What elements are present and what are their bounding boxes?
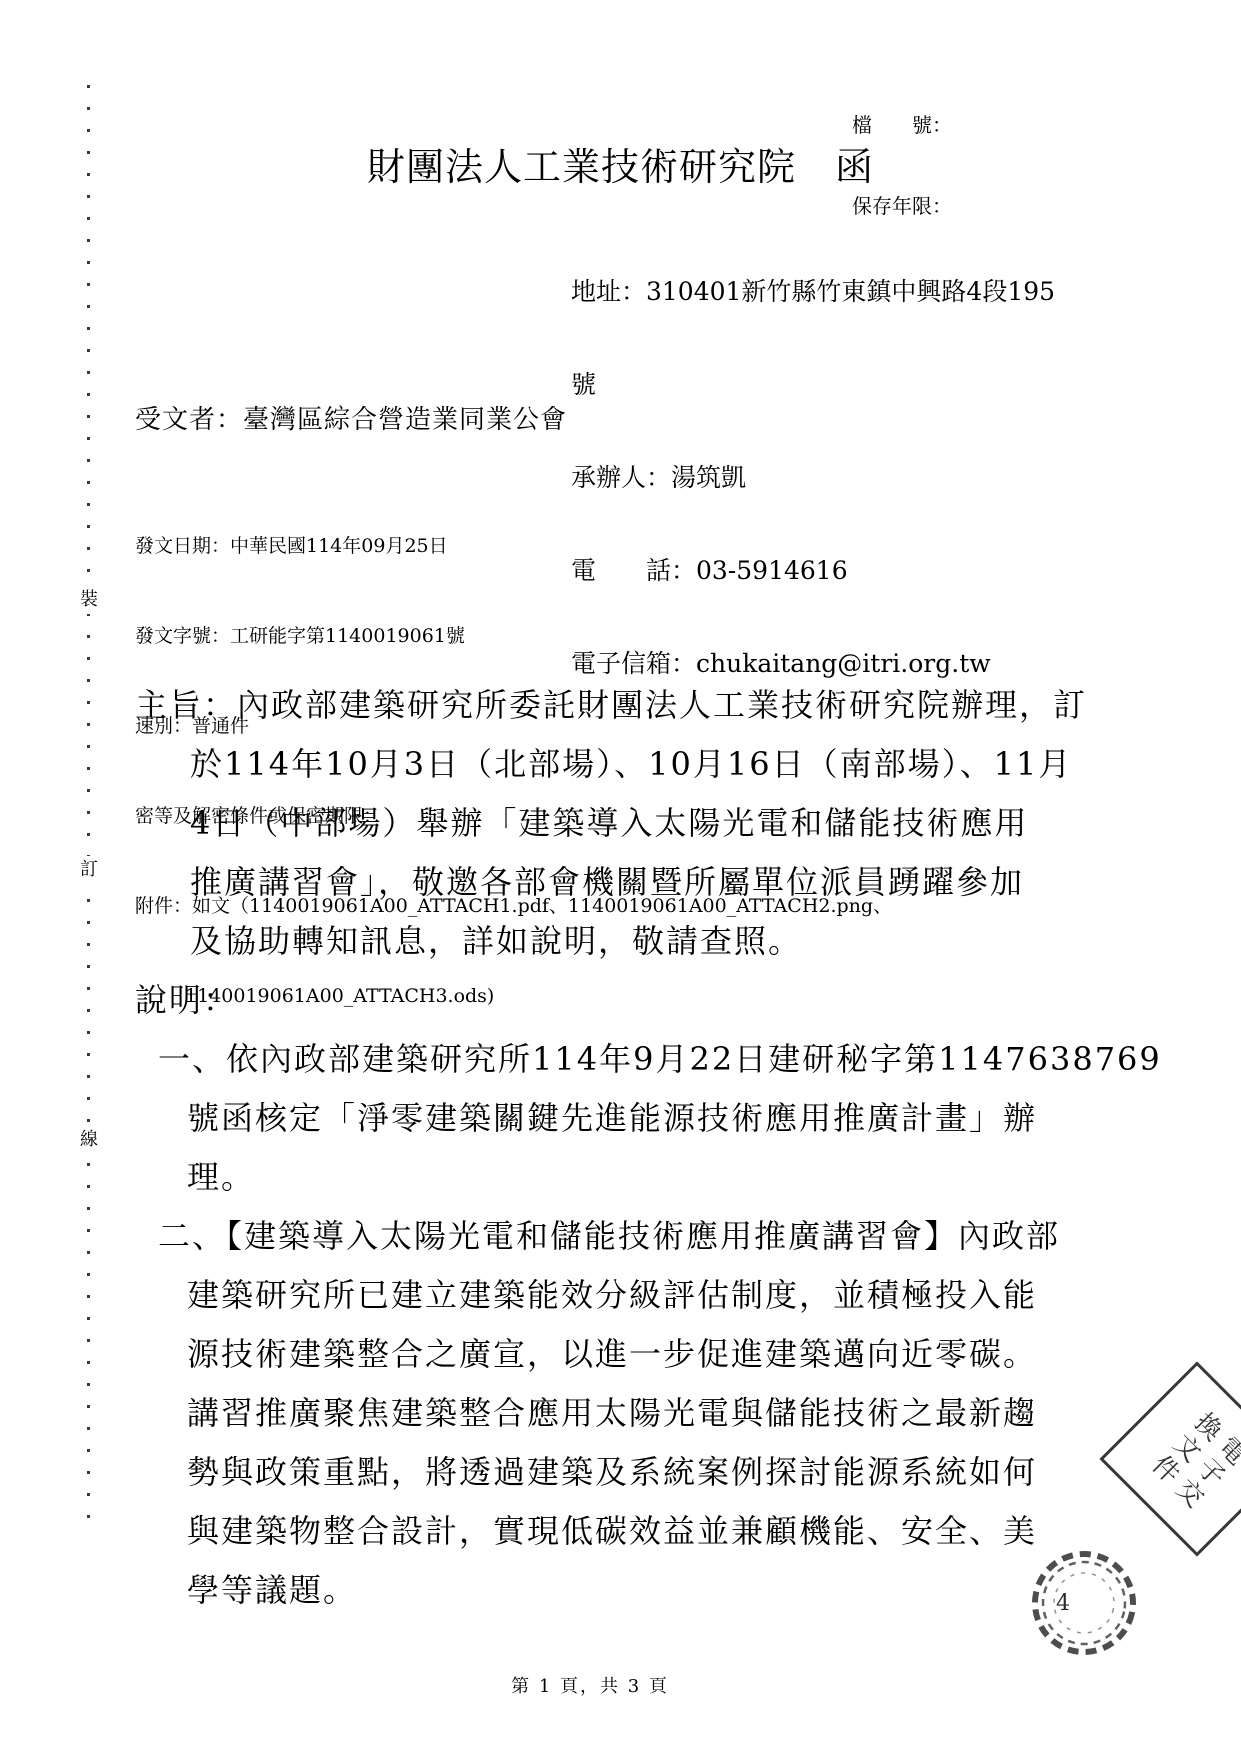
explanation-item2-line4: 講習推廣聚焦建築整合應用太陽光電與儲能技術之最新趨	[135, 1384, 1145, 1443]
page-number-footer: 第 1 頁，共 3 頁	[0, 1672, 1180, 1698]
sender-address-line2: 號	[571, 369, 1055, 400]
doc-number: 發文字號：工研能字第1140019061號	[135, 621, 892, 651]
official-letter-page: 檔 號： 保存年限： 財團法人工業技術研究院 函 地址：310401新竹縣竹東鎮…	[0, 0, 1241, 1754]
explanation-item1-line3: 理。	[135, 1148, 1145, 1207]
recipient-line: 受文者：臺灣區綜合營造業同業公會	[135, 404, 567, 438]
binding-mark-ding: 訂	[79, 856, 99, 884]
explanation-item2-line1: 二、【建築導入太陽光電和儲能技術應用推廣講習會】內政部	[135, 1207, 1145, 1266]
subject-line-4: 推廣講習會」，敬邀各部會機關暨所屬單位派員踴躍參加	[135, 853, 1145, 912]
explanation-item2-line7: 學等議題。	[135, 1561, 1145, 1620]
explanation-heading: 說明：	[135, 971, 1145, 1030]
document-title: 財團法人工業技術研究院 函	[0, 136, 1241, 191]
subject-line-1: 主旨：內政部建築研究所委託財團法人工業技術研究院辦理，訂	[135, 676, 1145, 735]
explanation-item2-line2: 建築研究所已建立建築能效分級評估制度，並積極投入能	[135, 1266, 1145, 1325]
item2-number: 二、	[158, 1217, 226, 1255]
subject-line-5: 及協助轉知訊息，詳如說明，敬請查照。	[135, 912, 1145, 971]
binding-dotted-line	[87, 85, 90, 1525]
subject-line-3: 4日（中部場）舉辦「建築導入太陽光電和儲能技術應用	[135, 794, 1145, 853]
electronic-exchange-stamp-text: 電子交換文件	[1140, 1402, 1241, 1515]
binding-mark-zhuang: 裝	[79, 586, 99, 614]
explanation-item1-line2: 號函核定「淨零建築關鍵先進能源技術應用推廣計畫」辦	[135, 1089, 1145, 1148]
item1-text-1: 依內政部建築研究所114年9月22日建研秘字第1147638769	[226, 1040, 1162, 1078]
subject-line-2: 於114年10月3日（北部場）、10月16日（南部場）、11月	[135, 735, 1145, 794]
binding-mark-xian: 線	[79, 1126, 99, 1154]
subject-text-1: 內政部建築研究所委託財團法人工業技術研究院辦理，訂	[237, 686, 1087, 724]
round-seal-stamp: 4	[1026, 1545, 1142, 1661]
issue-date: 發文日期：中華民國114年09月25日	[135, 531, 892, 561]
letter-body: 主旨：內政部建築研究所委託財團法人工業技術研究院辦理，訂 於114年10月3日（…	[135, 676, 1145, 1620]
seal-number: 4	[1056, 1591, 1070, 1616]
item1-number: 一、	[158, 1040, 226, 1078]
scalloped-seal-icon	[1026, 1545, 1142, 1661]
explanation-item1-line1: 一、依內政部建築研究所114年9月22日建研秘字第1147638769	[135, 1030, 1145, 1089]
explanation-item2-line3: 源技術建築整合之廣宣，以進一步促進建築邁向近零碳。	[135, 1325, 1145, 1384]
explanation-item2-line5: 勢與政策重點，將透過建築及系統案例探討能源系統如何	[135, 1443, 1145, 1502]
subject-label: 主旨：	[135, 686, 237, 724]
explanation-item2-line6: 與建築物整合設計，實現低碳效益並兼顧機能、安全、美	[135, 1502, 1145, 1561]
sender-address-line1: 地址：310401新竹縣竹東鎮中興路4段195	[571, 276, 1055, 307]
item2-text-1: 【建築導入太陽光電和儲能技術應用推廣講習會】內政部	[226, 1217, 1060, 1255]
file-number-label: 檔 號：	[852, 112, 952, 139]
